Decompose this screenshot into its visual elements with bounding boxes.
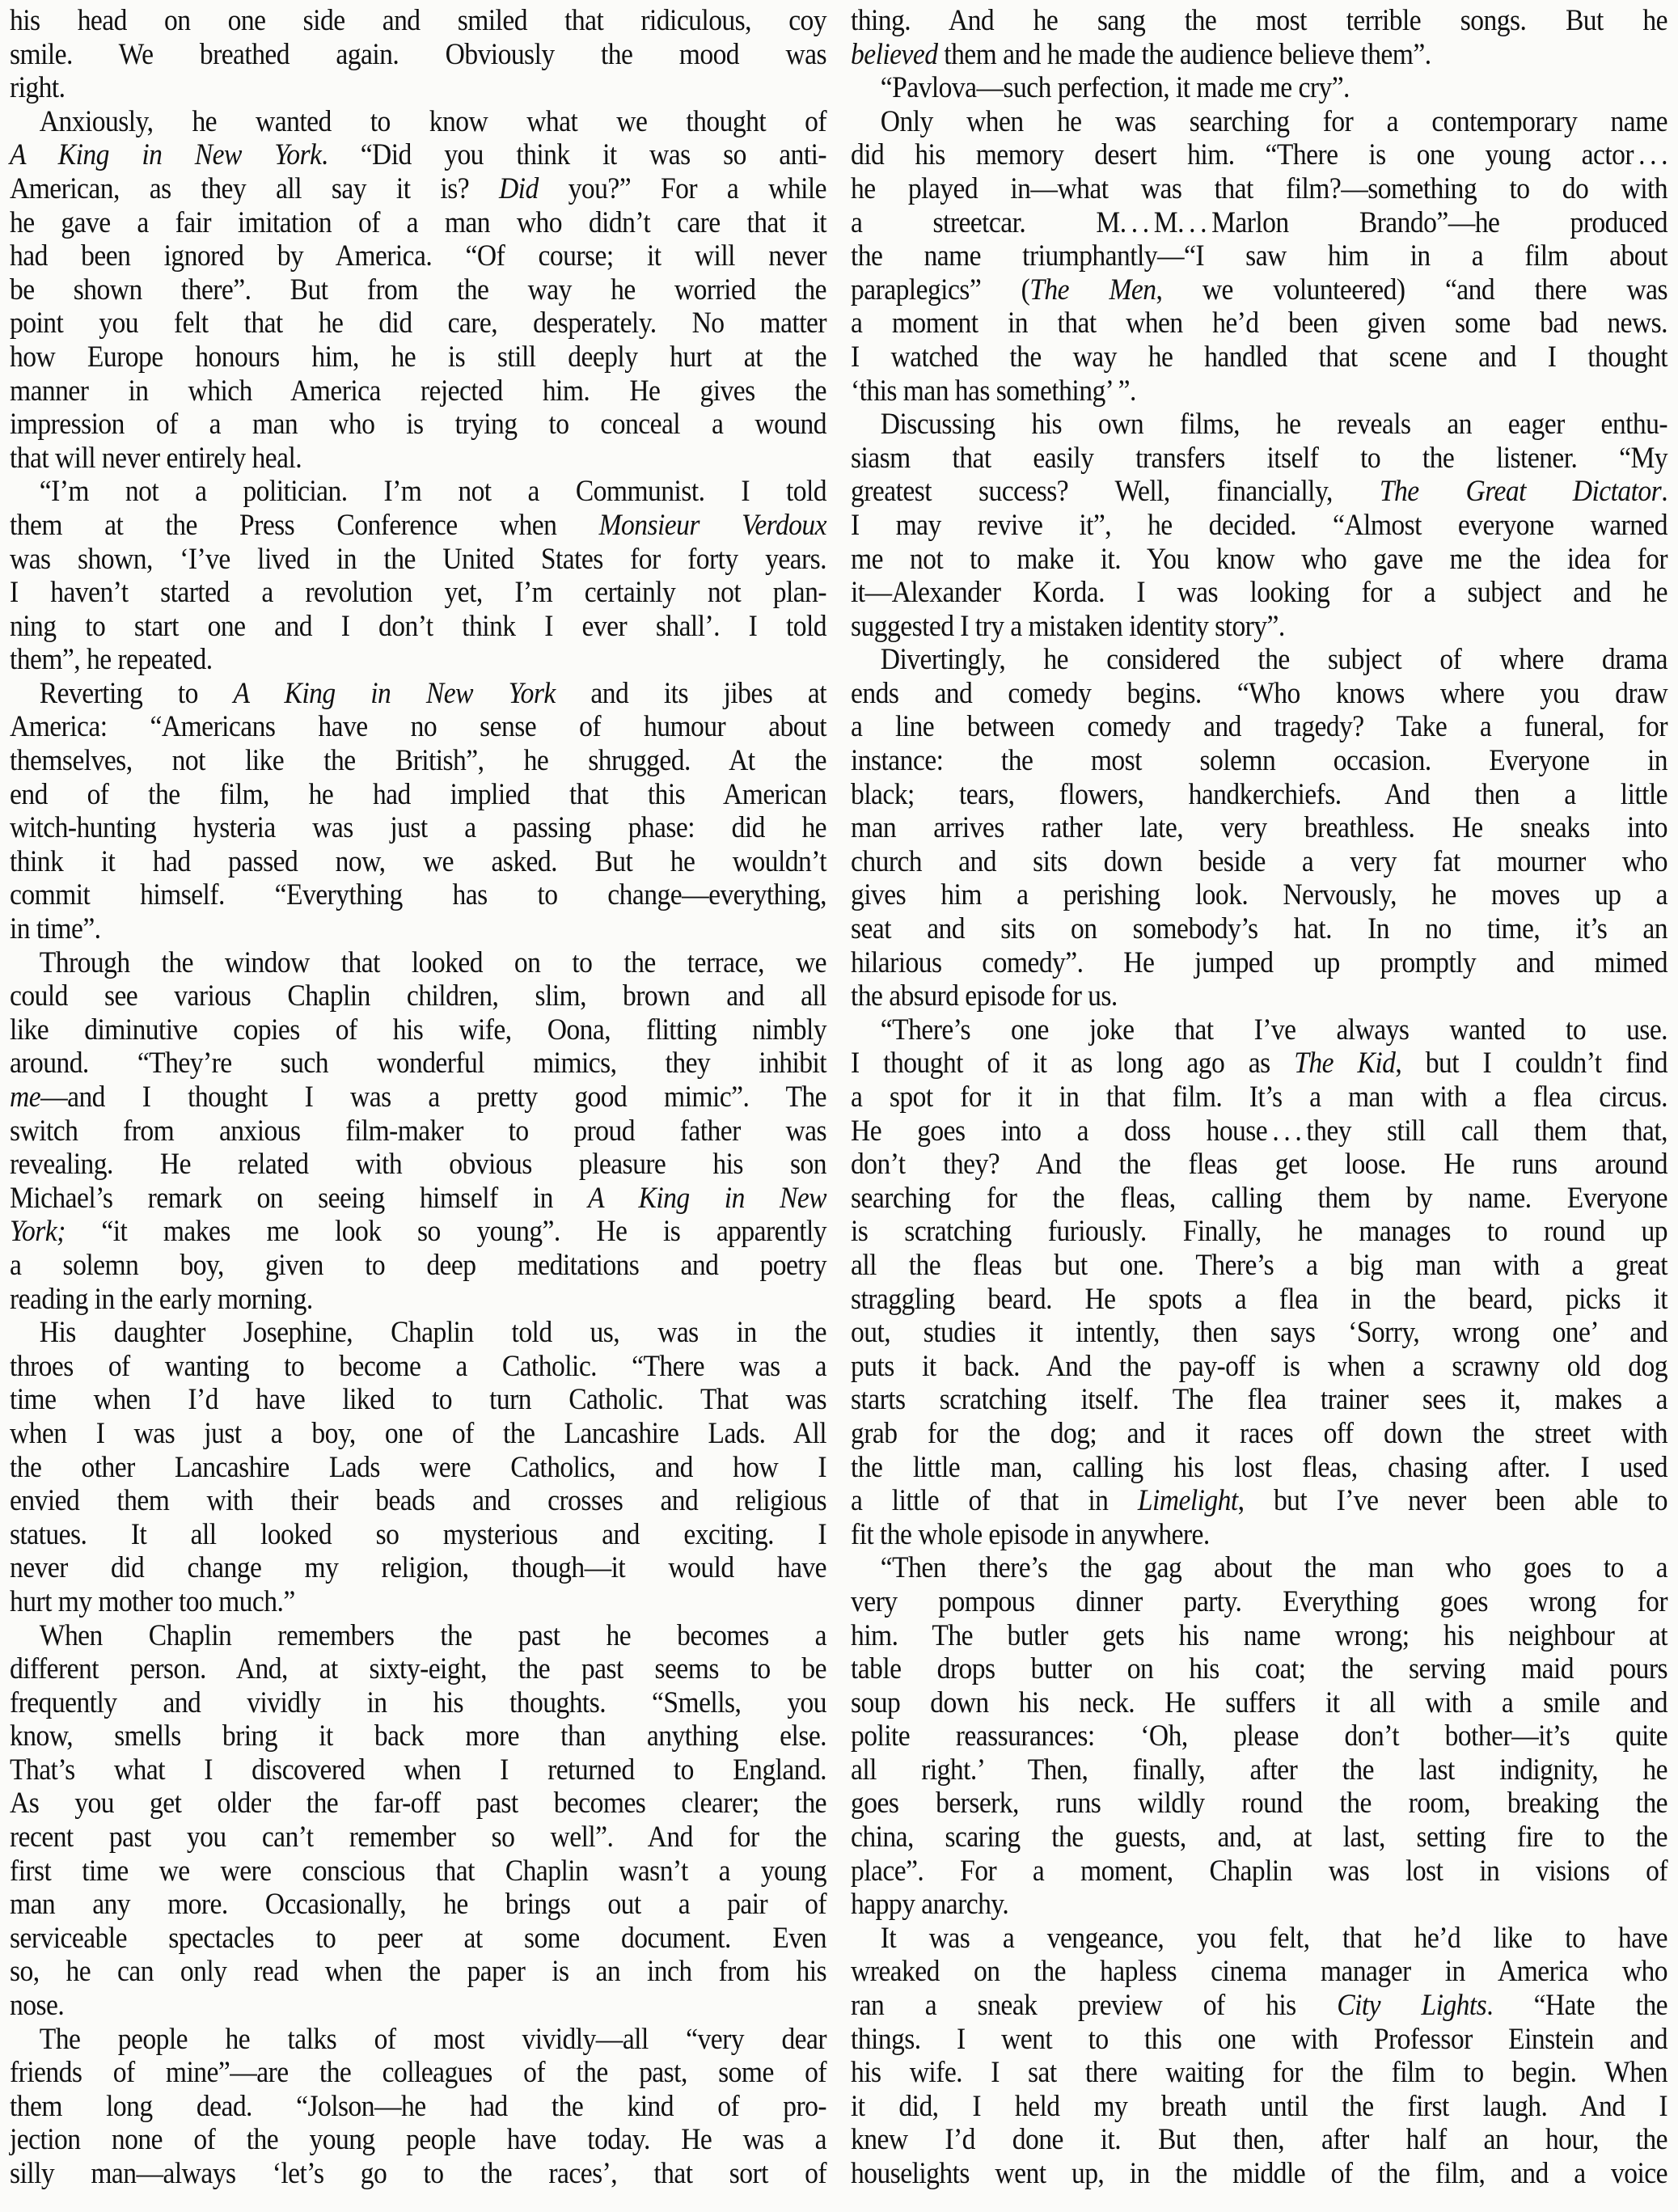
text-line: “Pavlova—such perfection, it made me cry… [851,70,1667,104]
text-line: all the fleas but one. There’s a big man… [851,1248,1667,1282]
text-line: I thought of it as long ago as The Kid, … [851,1046,1667,1080]
text-line: table drops butter on his coat; the serv… [851,1652,1667,1685]
text-line: silly man—always ‘let’s go to the races’… [10,2156,826,2190]
text-line: different person. And, at sixty-eight, t… [10,1652,826,1685]
text-line: straggling beard. He spots a flea in the… [851,1282,1667,1316]
text-line: first time we were conscious that Chapli… [10,1854,826,1888]
text-line: knew I’d done it. But then, after half a… [851,2122,1667,2156]
text-line: That’s what I discovered when I returned… [10,1753,826,1787]
text-line: America: “Americans have no sense of hum… [10,709,826,743]
text-line: could see various Chaplin children, slim… [10,979,826,1013]
magazine-page: his head on one side and smiled that rid… [0,0,1678,2212]
text-line: Anxiously, he wanted to know what we tho… [10,104,826,138]
text-line: happy anarchy. [851,1887,1667,1921]
text-line: His daughter Josephine, Chaplin told us,… [10,1315,826,1349]
text-line: it—Alexander Korda. I was looking for a … [851,575,1667,609]
text-line: reading in the early morning. [10,1282,826,1316]
text-line: man arrives rather late, very breathless… [851,810,1667,844]
text-line: the little man, calling his lost fleas, … [851,1450,1667,1484]
text-line: Michael’s remark on seeing himself in A … [10,1181,826,1215]
text-line: Only when he was searching for a contemp… [851,104,1667,138]
text-line: goes berserk, runs wildly round the room… [851,1786,1667,1820]
text-line: the other Lancashire Lads were Catholics… [10,1450,826,1484]
text-line: switch from anxious film-maker to proud … [10,1114,826,1148]
text-line: A King in New York. “Did you think it wa… [10,137,826,171]
text-line: paraplegics” (The Men, we volunteered) “… [851,273,1667,307]
text-line: I haven’t started a revolution yet, I’m … [10,575,826,609]
text-line: them”, he repeated. [10,642,826,676]
text-line: a line between comedy and tragedy? Take … [851,709,1667,743]
text-line: how Europe honours him, he is still deep… [10,340,826,374]
text-line: puts it back. And the pay-off is when a … [851,1349,1667,1383]
text-line: themselves, not like the British”, he sh… [10,743,826,777]
text-line: when I was just a boy, one of the Lancas… [10,1416,826,1450]
text-line: china, scaring the guests, and, at last,… [851,1820,1667,1854]
text-line: “There’s one joke that I’ve always wante… [851,1013,1667,1047]
text-line: is scratching furiously. Finally, he man… [851,1214,1667,1248]
text-line: me not to make it. You know who gave me … [851,542,1667,576]
text-line: a spot for it in that film. It’s a man w… [851,1080,1667,1114]
text-line: a solemn boy, given to deep meditations … [10,1248,826,1282]
text-line: very pompous dinner party. Everything go… [851,1584,1667,1618]
text-line: Reverting to A King in New York and its … [10,676,826,710]
text-line: Through the window that looked on to the… [10,945,826,979]
text-line: all right.’ Then, finally, after the las… [851,1753,1667,1787]
text-line: York; “it makes me look so young”. He is… [10,1214,826,1248]
text-line: his wife. I sat there waiting for the fi… [851,2055,1667,2089]
text-line: starts scratching itself. The flea train… [851,1382,1667,1416]
text-line: things. I went to this one with Professo… [851,2022,1667,2056]
text-line: a little of that in Limelight, but I’ve … [851,1483,1667,1517]
text-line: “Then there’s the gag about the man who … [851,1550,1667,1584]
text-line: place”. For a moment, Chaplin was lost i… [851,1854,1667,1888]
text-line: think it had passed now, we asked. But h… [10,844,826,878]
text-line: know, smells bring it back more than any… [10,1719,826,1753]
text-line: did his memory desert him. “There is one… [851,137,1667,171]
text-line: friends of mine”—are the colleagues of t… [10,2055,826,2089]
text-line: in time”. [10,911,826,945]
text-line: impression of a man who is trying to con… [10,407,826,441]
text-line: ning to start one and I don’t think I ev… [10,609,826,643]
text-line: recent past you can’t remember so well”.… [10,1820,826,1854]
text-line: polite reassurances: ‘Oh, please don’t b… [851,1719,1667,1753]
text-line: greatest success? Well, financially, The… [851,474,1667,508]
text-line: never did change my religion, though—it … [10,1550,826,1584]
text-line: houselights went up, in the middle of th… [851,2156,1667,2190]
text-line: instance: the most solemn occasion. Ever… [851,743,1667,777]
text-line: soup down his neck. He suffers it all wi… [851,1685,1667,1719]
text-line: ends and comedy begins. “Who knows where… [851,676,1667,710]
text-line: be shown there”. But from the way he wor… [10,273,826,307]
text-line: end of the film, he had implied that thi… [10,777,826,811]
text-line: The people he talks of most vividly—all … [10,2022,826,2056]
text-line: witch-hunting hysteria was just a passin… [10,810,826,844]
text-line: serviceable spectacles to peer at some d… [10,1921,826,1955]
text-line: envied them with their beads and crosses… [10,1483,826,1517]
text-line: jection none of the young people have to… [10,2122,826,2156]
text-line: had been ignored by America. “Of course;… [10,239,826,273]
text-line: that will never entirely heal. [10,441,826,475]
text-line: commit himself. “Everything has to chang… [10,878,826,911]
text-line: revealing. He related with obvious pleas… [10,1147,826,1181]
text-line: ‘this man has something’ ”. [851,374,1667,408]
text-line: a moment in that when he’d been given so… [851,306,1667,340]
text-line: he played in—what was that film?—somethi… [851,171,1667,205]
text-line: hilarious comedy”. He jumped up promptly… [851,945,1667,979]
text-line: hurt my mother too much.” [10,1584,826,1618]
right-column: thing. And he sang the most terrible son… [851,3,1667,2190]
text-line: believed them and he made the audience b… [851,37,1667,71]
text-line: suggested I try a mistaken identity stor… [851,609,1667,643]
text-line: gives him a perishing look. Nervously, h… [851,878,1667,911]
text-line: time when I’d have liked to turn Catholi… [10,1382,826,1416]
text-line: He goes into a doss house . . . they sti… [851,1114,1667,1148]
text-line: When Chaplin remembers the past he becom… [10,1618,826,1652]
text-line: I may revive it”, he decided. “Almost ev… [851,508,1667,542]
text-line: seat and sits on somebody’s hat. In no t… [851,911,1667,945]
text-line: manner in which America rejected him. He… [10,374,826,408]
text-line: the absurd episode for us. [851,979,1667,1013]
text-line: right. [10,70,826,104]
text-line: “I’m not a politician. I’m not a Communi… [10,474,826,508]
text-line: It was a vengeance, you felt, that he’d … [851,1921,1667,1955]
text-line: was shown, ‘I’ve lived in the United Sta… [10,542,826,576]
text-line: thing. And he sang the most terrible son… [851,3,1667,37]
text-line: Discussing his own films, he reveals an … [851,407,1667,441]
text-line: church and sits down beside a very fat m… [851,844,1667,878]
text-line: Divertingly, he considered the subject o… [851,642,1667,676]
text-line: a streetcar. M. . . M. . . Marlon Brando… [851,205,1667,239]
text-line: him. The butler gets his name wrong; his… [851,1618,1667,1652]
text-line: it did, I held my breath until the first… [851,2089,1667,2123]
text-line: searching for the fleas, calling them by… [851,1181,1667,1215]
text-line: his head on one side and smiled that rid… [10,3,826,37]
text-line: black; tears, flowers, handkerchiefs. An… [851,777,1667,811]
text-line: frequently and vividly in his thoughts. … [10,1685,826,1719]
text-line: them long dead. “Jolson—he had the kind … [10,2089,826,2123]
text-line: me—and I thought I was a pretty good mim… [10,1080,826,1114]
text-line: I watched the way he handled that scene … [851,340,1667,374]
text-line: around. “They’re such wonderful mimics, … [10,1046,826,1080]
text-line: man any more. Occasionally, he brings ou… [10,1887,826,1921]
text-line: like diminutive copies of his wife, Oona… [10,1013,826,1047]
text-line: fit the whole episode in anywhere. [851,1517,1667,1551]
left-column: his head on one side and smiled that rid… [10,3,826,2190]
text-line: As you get older the far-off past become… [10,1786,826,1820]
text-line: statues. It all looked so mysterious and… [10,1517,826,1551]
text-line: wreaked on the hapless cinema manager in… [851,1954,1667,1988]
text-line: smile. We breathed again. Obviously the … [10,37,826,71]
text-line: American, as they all say it is? Did you… [10,171,826,205]
text-line: so, he can only read when the paper is a… [10,1954,826,1988]
text-line: siasm that easily transfers itself to th… [851,441,1667,475]
text-line: don’t they? And the fleas get loose. He … [851,1147,1667,1181]
text-line: grab for the dog; and it races off down … [851,1416,1667,1450]
text-line: nose. [10,1988,826,2022]
text-line: throes of wanting to become a Catholic. … [10,1349,826,1383]
text-line: them at the Press Conference when Monsie… [10,508,826,542]
text-line: out, studies it intently, then says ‘Sor… [851,1315,1667,1349]
text-line: the name triumphantly—“I saw him in a fi… [851,239,1667,273]
text-line: he gave a fair imitation of a man who di… [10,205,826,239]
text-line: point you felt that he did care, despera… [10,306,826,340]
text-line: ran a sneak preview of his City Lights. … [851,1988,1667,2022]
